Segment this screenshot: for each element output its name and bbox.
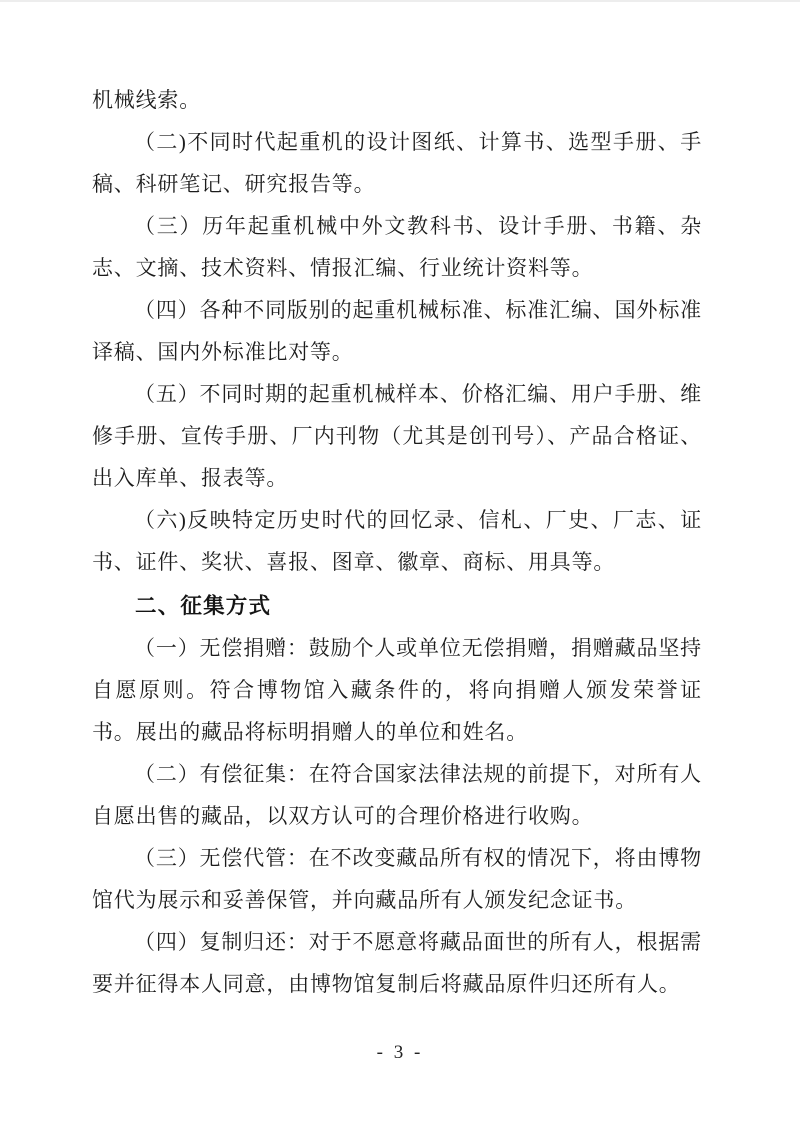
paragraph-list-item-5: （五）不同时期的起重机械样本、价格汇编、用户手册、维修手册、宣传手册、厂内刊物（… (92, 373, 702, 499)
section-heading-collection-methods: 二、征集方式 (92, 585, 702, 627)
paragraph-method-item-2: （二）有偿征集：在符合国家法律法规的前提下，对所有人自愿出售的藏品，以双方认可的… (92, 753, 702, 837)
paragraph-list-item-3: （三）历年起重机械中外文教科书、设计手册、书籍、杂志、文摘、技术资料、情报汇编、… (92, 205, 702, 289)
paragraph-list-item-2: （二)不同时代起重机的设计图纸、计算书、选型手册、手稿、科研笔记、研究报告等。 (92, 121, 702, 205)
paragraph-continuation: 机械线索。 (92, 79, 702, 121)
document-page: 机械线索。 （二)不同时代起重机的设计图纸、计算书、选型手册、手稿、科研笔记、研… (0, 0, 800, 1130)
paragraph-list-item-6: （六)反映特定历史时代的回忆录、信札、厂史、厂志、证书、证件、奖状、喜报、图章、… (92, 499, 702, 583)
page-body: 机械线索。 （二)不同时代起重机的设计图纸、计算书、选型手册、手稿、科研笔记、研… (92, 79, 702, 1005)
paragraph-method-item-1: （一）无偿捐赠：鼓励个人或单位无偿捐赠，捐赠藏品坚持自愿原则。符合博物馆入藏条件… (92, 627, 702, 753)
paragraph-list-item-4: （四）各种不同版别的起重机械标准、标准汇编、国外标准译稿、国内外标准比对等。 (92, 289, 702, 373)
paragraph-method-item-3: （三）无偿代管：在不改变藏品所有权的情况下，将由博物馆代为展示和妥善保管，并向藏… (92, 837, 702, 921)
page-number: - 3 - (0, 1042, 800, 1064)
paragraph-method-item-4: （四）复制归还：对于不愿意将藏品面世的所有人，根据需要并征得本人同意，由博物馆复… (92, 921, 702, 1005)
scan-artifact-line (0, 0, 800, 2)
